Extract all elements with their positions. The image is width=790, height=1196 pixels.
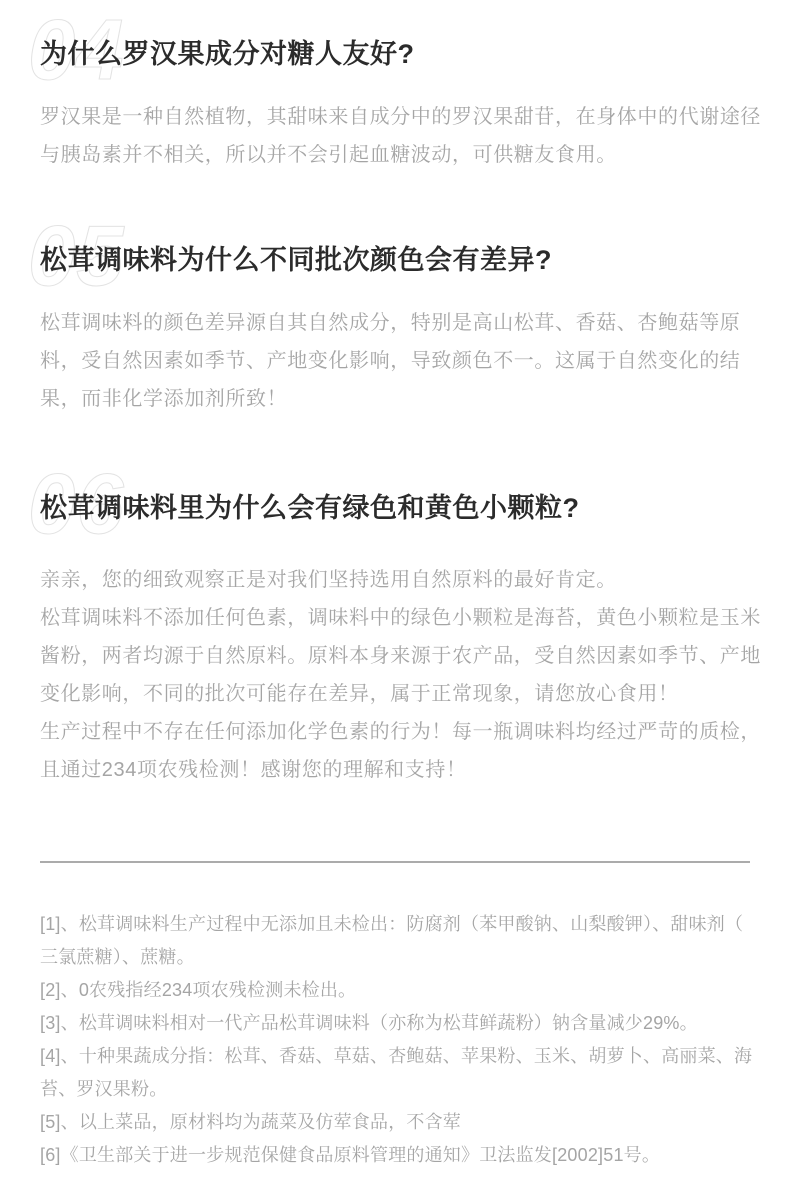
- paragraph: 松茸调味料不添加任何色素，调味料中的绿色小颗粒是海苔，黄色小颗粒是玉米 酱粉，两…: [40, 599, 765, 713]
- section-body-05: 松茸调味料的颜色差异源自其自然成分，特别是高山松茸、香菇、杏鲍菇等原 料，受自然…: [40, 304, 765, 418]
- paragraph: 松茸调味料的颜色差异源自其自然成分，特别是高山松茸、香菇、杏鲍菇等原 料，受自然…: [40, 304, 765, 418]
- footnote-4: [4]、十种果蔬成分指：松茸、香菇、草菇、杏鲍菇、苹果粉、玉米、胡萝卜、高丽菜、…: [40, 1040, 765, 1106]
- footnote-5: [5]、以上菜品，原材料均为蔬菜及仿荤食品，不含荤: [40, 1106, 765, 1139]
- faq-content: 04 为什么罗汉果成分对糖人友好? 罗汉果是一种自然植物，其甜味来自成分中的罗汉…: [0, 38, 790, 1172]
- paragraph: 亲亲，您的细致观察正是对我们坚持选用自然原料的最好肯定。: [40, 561, 765, 599]
- paragraph: 生产过程中不存在任何添加化学色素的行为！每一瓶调味料均经过严苛的质检， 且通过2…: [40, 713, 765, 789]
- footnotes: [1]、松茸调味料生产过程中无添加且未检出：防腐剂（苯甲酸钠、山梨酸钾）、甜味剂…: [40, 908, 765, 1172]
- footnote-1: [1]、松茸调味料生产过程中无添加且未检出：防腐剂（苯甲酸钠、山梨酸钾）、甜味剂…: [40, 908, 765, 974]
- faq-section-05: 05 松茸调味料为什么不同批次颜色会有差异? 松茸调味料的颜色差异源自其自然成分…: [40, 244, 765, 418]
- section-heading-04: 为什么罗汉果成分对糖人友好?: [40, 38, 765, 70]
- faq-section-06: 06 松茸调味料里为什么会有绿色和黄色小颗粒? 亲亲，您的细致观察正是对我们坚持…: [40, 492, 765, 789]
- footnote-6: [6]《卫生部关于进一步规范保健食品原料管理的通知》卫法监发[2002]51号。: [40, 1139, 765, 1172]
- paragraph: 罗汉果是一种自然植物，其甜味来自成分中的罗汉果甜苷，在身体中的代谢途径 与胰岛素…: [40, 98, 765, 174]
- footnote-3: [3]、松茸调味料相对一代产品松茸调味料（亦称为松茸鲜蔬粉）钠含量减少29%。: [40, 1007, 765, 1040]
- faq-section-04: 04 为什么罗汉果成分对糖人友好? 罗汉果是一种自然植物，其甜味来自成分中的罗汉…: [40, 38, 765, 174]
- footnote-2: [2]、0农残指经234项农残检测未检出。: [40, 974, 765, 1007]
- section-heading-05: 松茸调味料为什么不同批次颜色会有差异?: [40, 244, 765, 276]
- section-body-04: 罗汉果是一种自然植物，其甜味来自成分中的罗汉果甜苷，在身体中的代谢途径 与胰岛素…: [40, 98, 765, 174]
- faq-page: 04 为什么罗汉果成分对糖人友好? 罗汉果是一种自然植物，其甜味来自成分中的罗汉…: [0, 0, 790, 1196]
- section-body-06: 亲亲，您的细致观察正是对我们坚持选用自然原料的最好肯定。 松茸调味料不添加任何色…: [40, 561, 765, 789]
- footnote-divider: [40, 861, 750, 863]
- section-heading-06: 松茸调味料里为什么会有绿色和黄色小颗粒?: [40, 492, 765, 524]
